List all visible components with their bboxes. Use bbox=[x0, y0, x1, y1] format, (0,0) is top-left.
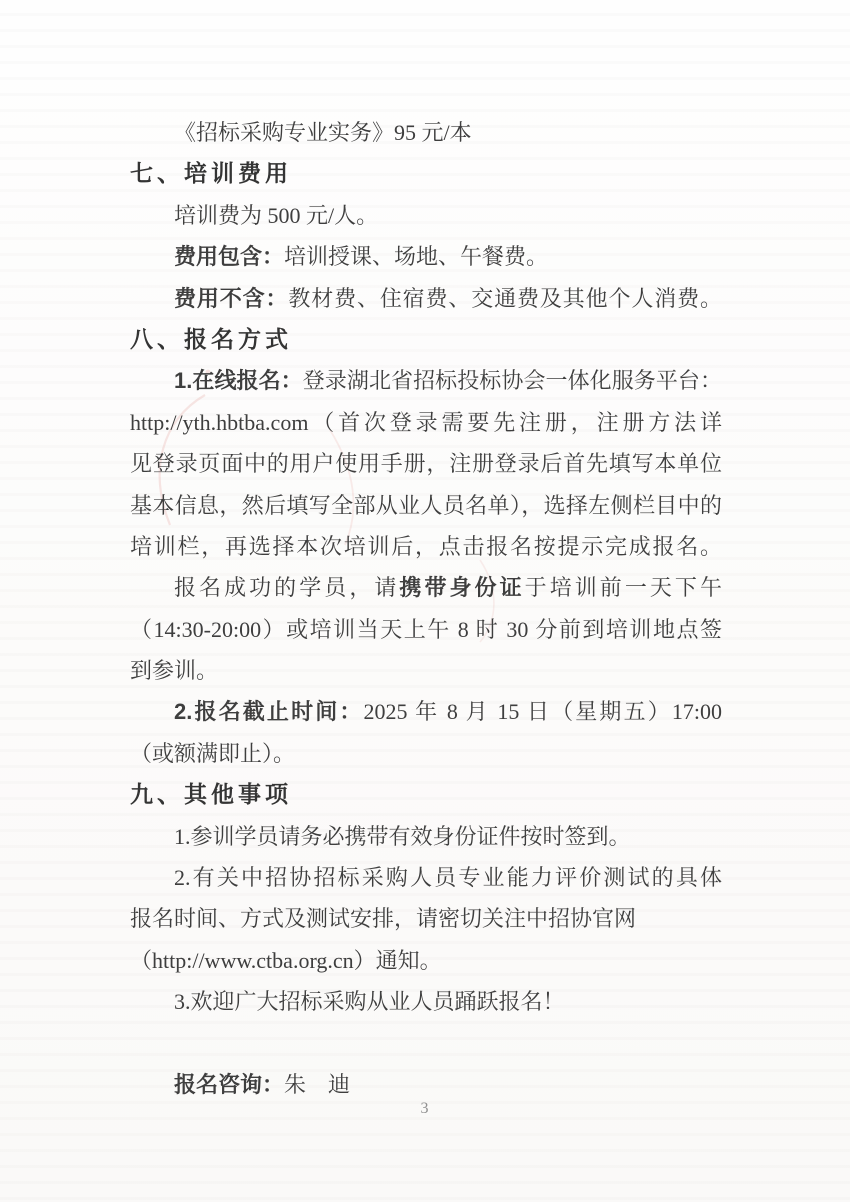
heading-section-9: 九、其他事项 bbox=[130, 774, 722, 815]
text-segment: 1.参训学员请务必携带有效身份证件按时签到。 bbox=[174, 824, 631, 849]
document-content: 《招标采购专业实务》95 元/本七、培训费用培训费为 500 元/人。费用包含：… bbox=[130, 112, 722, 1105]
bold-text-segment: 携带身份证 bbox=[399, 575, 524, 600]
text-segment: 报名时间、方式及测试安排，请密切关注中招协官网 bbox=[130, 906, 636, 931]
text-segment: （http://www.ctba.org.cn）通知。 bbox=[130, 948, 442, 973]
text-segment: 报名成功的学员，请 bbox=[174, 575, 399, 600]
text-segment: 见登录页面中的用户使用手册，注册登录后首先填写本单位 bbox=[130, 451, 722, 476]
text-segment: 基本信息，然后填写全部从业人员名单），选择左侧栏目中的 bbox=[130, 493, 722, 518]
line-checkin-1: 报名成功的学员，请携带身份证于培训前一天下午 bbox=[130, 567, 722, 608]
text-segment: 2025 年 8 月 15 日（星期五）17:00 bbox=[364, 699, 722, 724]
bold-text-segment: 费用包含： bbox=[174, 244, 284, 269]
text-segment: （14:30-20:00）或培训当天上午 8 时 30 分前到培训地点签 bbox=[130, 617, 722, 642]
text-segment: 培训栏，再选择本次培训后，点击报名按提示完成报名。 bbox=[130, 534, 722, 559]
bold-text-segment: 报名咨询： bbox=[174, 1072, 284, 1097]
text-segment: 于培训前一天下午 bbox=[525, 575, 722, 600]
text-segment: 朱 迪 bbox=[284, 1072, 350, 1097]
line-deadline-2: （或额满即止）。 bbox=[130, 733, 722, 774]
line-checkin-2: （14:30-20:00）或培训当天上午 8 时 30 分前到培训地点签 bbox=[130, 609, 722, 650]
text-segment: 培训授课、场地、午餐费。 bbox=[284, 244, 548, 269]
text-segment: 培训费为 500 元/人。 bbox=[174, 203, 378, 228]
line-other-2c: （http://www.ctba.org.cn）通知。 bbox=[130, 940, 722, 981]
line-checkin-3: 到参训。 bbox=[130, 650, 722, 691]
text-segment: 《招标采购专业实务》95 元/本 bbox=[174, 120, 472, 145]
text-segment: 3.欢迎广大招标采购从业人员踊跃报名！ bbox=[174, 989, 565, 1014]
blank-line bbox=[130, 1023, 722, 1064]
bold-text-segment: 九、其他事项 bbox=[130, 781, 292, 807]
heading-section-8: 八、报名方式 bbox=[130, 319, 722, 360]
line-online-reg-1: 1.在线报名：登录湖北省招标投标协会一体化服务平台： bbox=[130, 360, 722, 401]
line-other-1: 1.参训学员请务必携带有效身份证件按时签到。 bbox=[130, 816, 722, 857]
text-segment: http://yth.hbtba.com（首次登录需要先注册，注册方法详 bbox=[130, 410, 722, 435]
bold-text-segment: 费用不含： bbox=[174, 286, 288, 311]
text-segment: 教材费、住宿费、交通费及其他个人消费。 bbox=[288, 286, 722, 311]
line-other-2a: 2.有关中招协招标采购人员专业能力评价测试的具体 bbox=[130, 857, 722, 898]
bold-text-segment: 七、培训费用 bbox=[130, 160, 292, 186]
line-fee-excludes: 费用不含：教材费、住宿费、交通费及其他个人消费。 bbox=[130, 278, 722, 319]
document-page: 《招标采购专业实务》95 元/本七、培训费用培训费为 500 元/人。费用包含：… bbox=[0, 0, 850, 1202]
line-online-reg-4: 基本信息，然后填写全部从业人员名单），选择左侧栏目中的 bbox=[130, 485, 722, 526]
line-training-fee: 培训费为 500 元/人。 bbox=[130, 195, 722, 236]
bold-text-segment: 1.在线报名： bbox=[174, 368, 303, 393]
line-other-3: 3.欢迎广大招标采购从业人员踊跃报名！ bbox=[130, 981, 722, 1022]
text-segment: 登录湖北省招标投标协会一体化服务平台： bbox=[303, 368, 722, 393]
line-fee-includes: 费用包含：培训授课、场地、午餐费。 bbox=[130, 236, 722, 277]
text-segment: 到参训。 bbox=[130, 658, 218, 683]
bold-text-segment: 2.报名截止时间： bbox=[174, 699, 364, 724]
line-textbook-price: 《招标采购专业实务》95 元/本 bbox=[130, 112, 722, 153]
page-number: 3 bbox=[0, 1100, 850, 1118]
line-other-2b: 报名时间、方式及测试安排，请密切关注中招协官网 bbox=[130, 898, 722, 939]
line-online-reg-3: 见登录页面中的用户使用手册，注册登录后首先填写本单位 bbox=[130, 443, 722, 484]
line-online-reg-5: 培训栏，再选择本次培训后，点击报名按提示完成报名。 bbox=[130, 526, 722, 567]
text-segment: （或额满即止）。 bbox=[130, 741, 295, 766]
line-deadline-1: 2.报名截止时间：2025 年 8 月 15 日（星期五）17:00 bbox=[130, 691, 722, 732]
heading-section-7: 七、培训费用 bbox=[130, 153, 722, 194]
bold-text-segment: 八、报名方式 bbox=[130, 326, 292, 352]
line-online-reg-2: http://yth.hbtba.com（首次登录需要先注册，注册方法详 bbox=[130, 402, 722, 443]
text-segment: 2.有关中招协招标采购人员专业能力评价测试的具体 bbox=[174, 865, 722, 890]
